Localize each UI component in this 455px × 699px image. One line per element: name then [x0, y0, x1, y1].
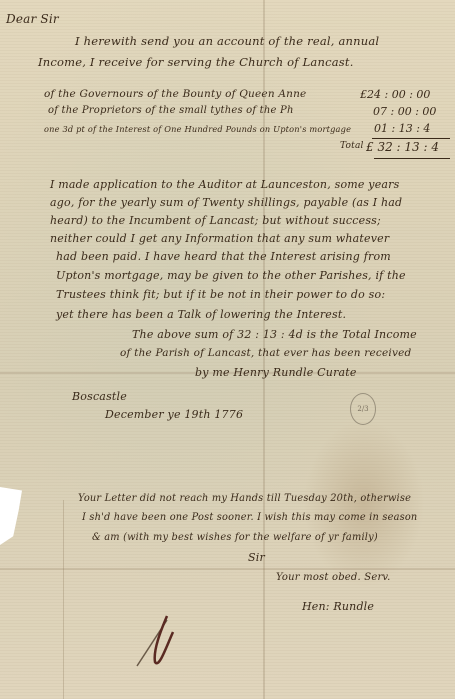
fold-crease-horizontal-lower	[0, 568, 455, 570]
opening-line-1: I herewith send you an account of the re…	[75, 34, 379, 48]
letter-page: Dear Sir I herewith send you an account …	[0, 0, 455, 699]
total-amount: £ 32 : 13 : 4	[366, 140, 439, 154]
postscript-line-2: I sh'd have been one Post sooner. I wish…	[82, 512, 417, 523]
signature: Hen: Rundle	[302, 600, 374, 613]
body-line-1: I made application to the Auditor at Lau…	[50, 178, 400, 191]
sum-rule	[372, 138, 450, 139]
total-double-rule	[374, 158, 450, 159]
postscript-line-1: Your Letter did not reach my Hands till …	[78, 493, 411, 504]
statement-line-2: of the Parish of Lancast, that ever has …	[120, 347, 411, 359]
income-item-1-description: of the Governours of the Bounty of Queen…	[44, 88, 306, 100]
income-item-3-description: one 3d pt of the Interest of One Hundred…	[44, 124, 351, 134]
valediction: Your most obed. Serv.	[276, 572, 390, 583]
body-line-5: had been paid. I have heard that the Int…	[56, 250, 391, 263]
postscript-line-3: & am (with my best wishes for the welfar…	[92, 532, 378, 543]
statement-line-3: by me Henry Rundle Curate	[195, 366, 357, 379]
postal-stamp: 2/3	[350, 393, 376, 425]
salutation: Dear Sir	[6, 12, 59, 26]
closing-address: Sir	[248, 551, 265, 564]
torn-edge	[0, 487, 22, 545]
income-item-1-amount: £24 : 00 : 00	[360, 88, 430, 101]
body-line-3: heard) to the Incumbent of Lancast; but …	[50, 214, 381, 227]
body-line-7: Trustees think fit; but if it be not in …	[56, 288, 385, 301]
body-line-2: ago, for the yearly sum of Twenty shilli…	[50, 196, 402, 209]
income-item-3-amount: 01 : 13 : 4	[374, 122, 430, 135]
body-line-6: Upton's mortgage, may be given to the ot…	[56, 269, 406, 282]
date: December ye 19th 1776	[105, 408, 243, 421]
income-item-2-description: of the Proprietors of the small tythes o…	[48, 105, 294, 116]
statement-line-1: The above sum of 32 : 13 : 4d is the Tot…	[132, 328, 417, 341]
income-item-2-amount: 07 : 00 : 00	[373, 105, 436, 118]
opening-line-2: Income, I receive for serving the Church…	[38, 55, 354, 69]
total-label: Total	[340, 141, 364, 151]
place: Boscastle	[72, 390, 127, 403]
body-line-8: yet there has been a Talk of lowering th…	[56, 308, 346, 321]
margin-crease	[63, 500, 64, 699]
annotation-mark-18	[135, 610, 175, 670]
body-line-4: neither could I get any Information that…	[50, 232, 389, 245]
